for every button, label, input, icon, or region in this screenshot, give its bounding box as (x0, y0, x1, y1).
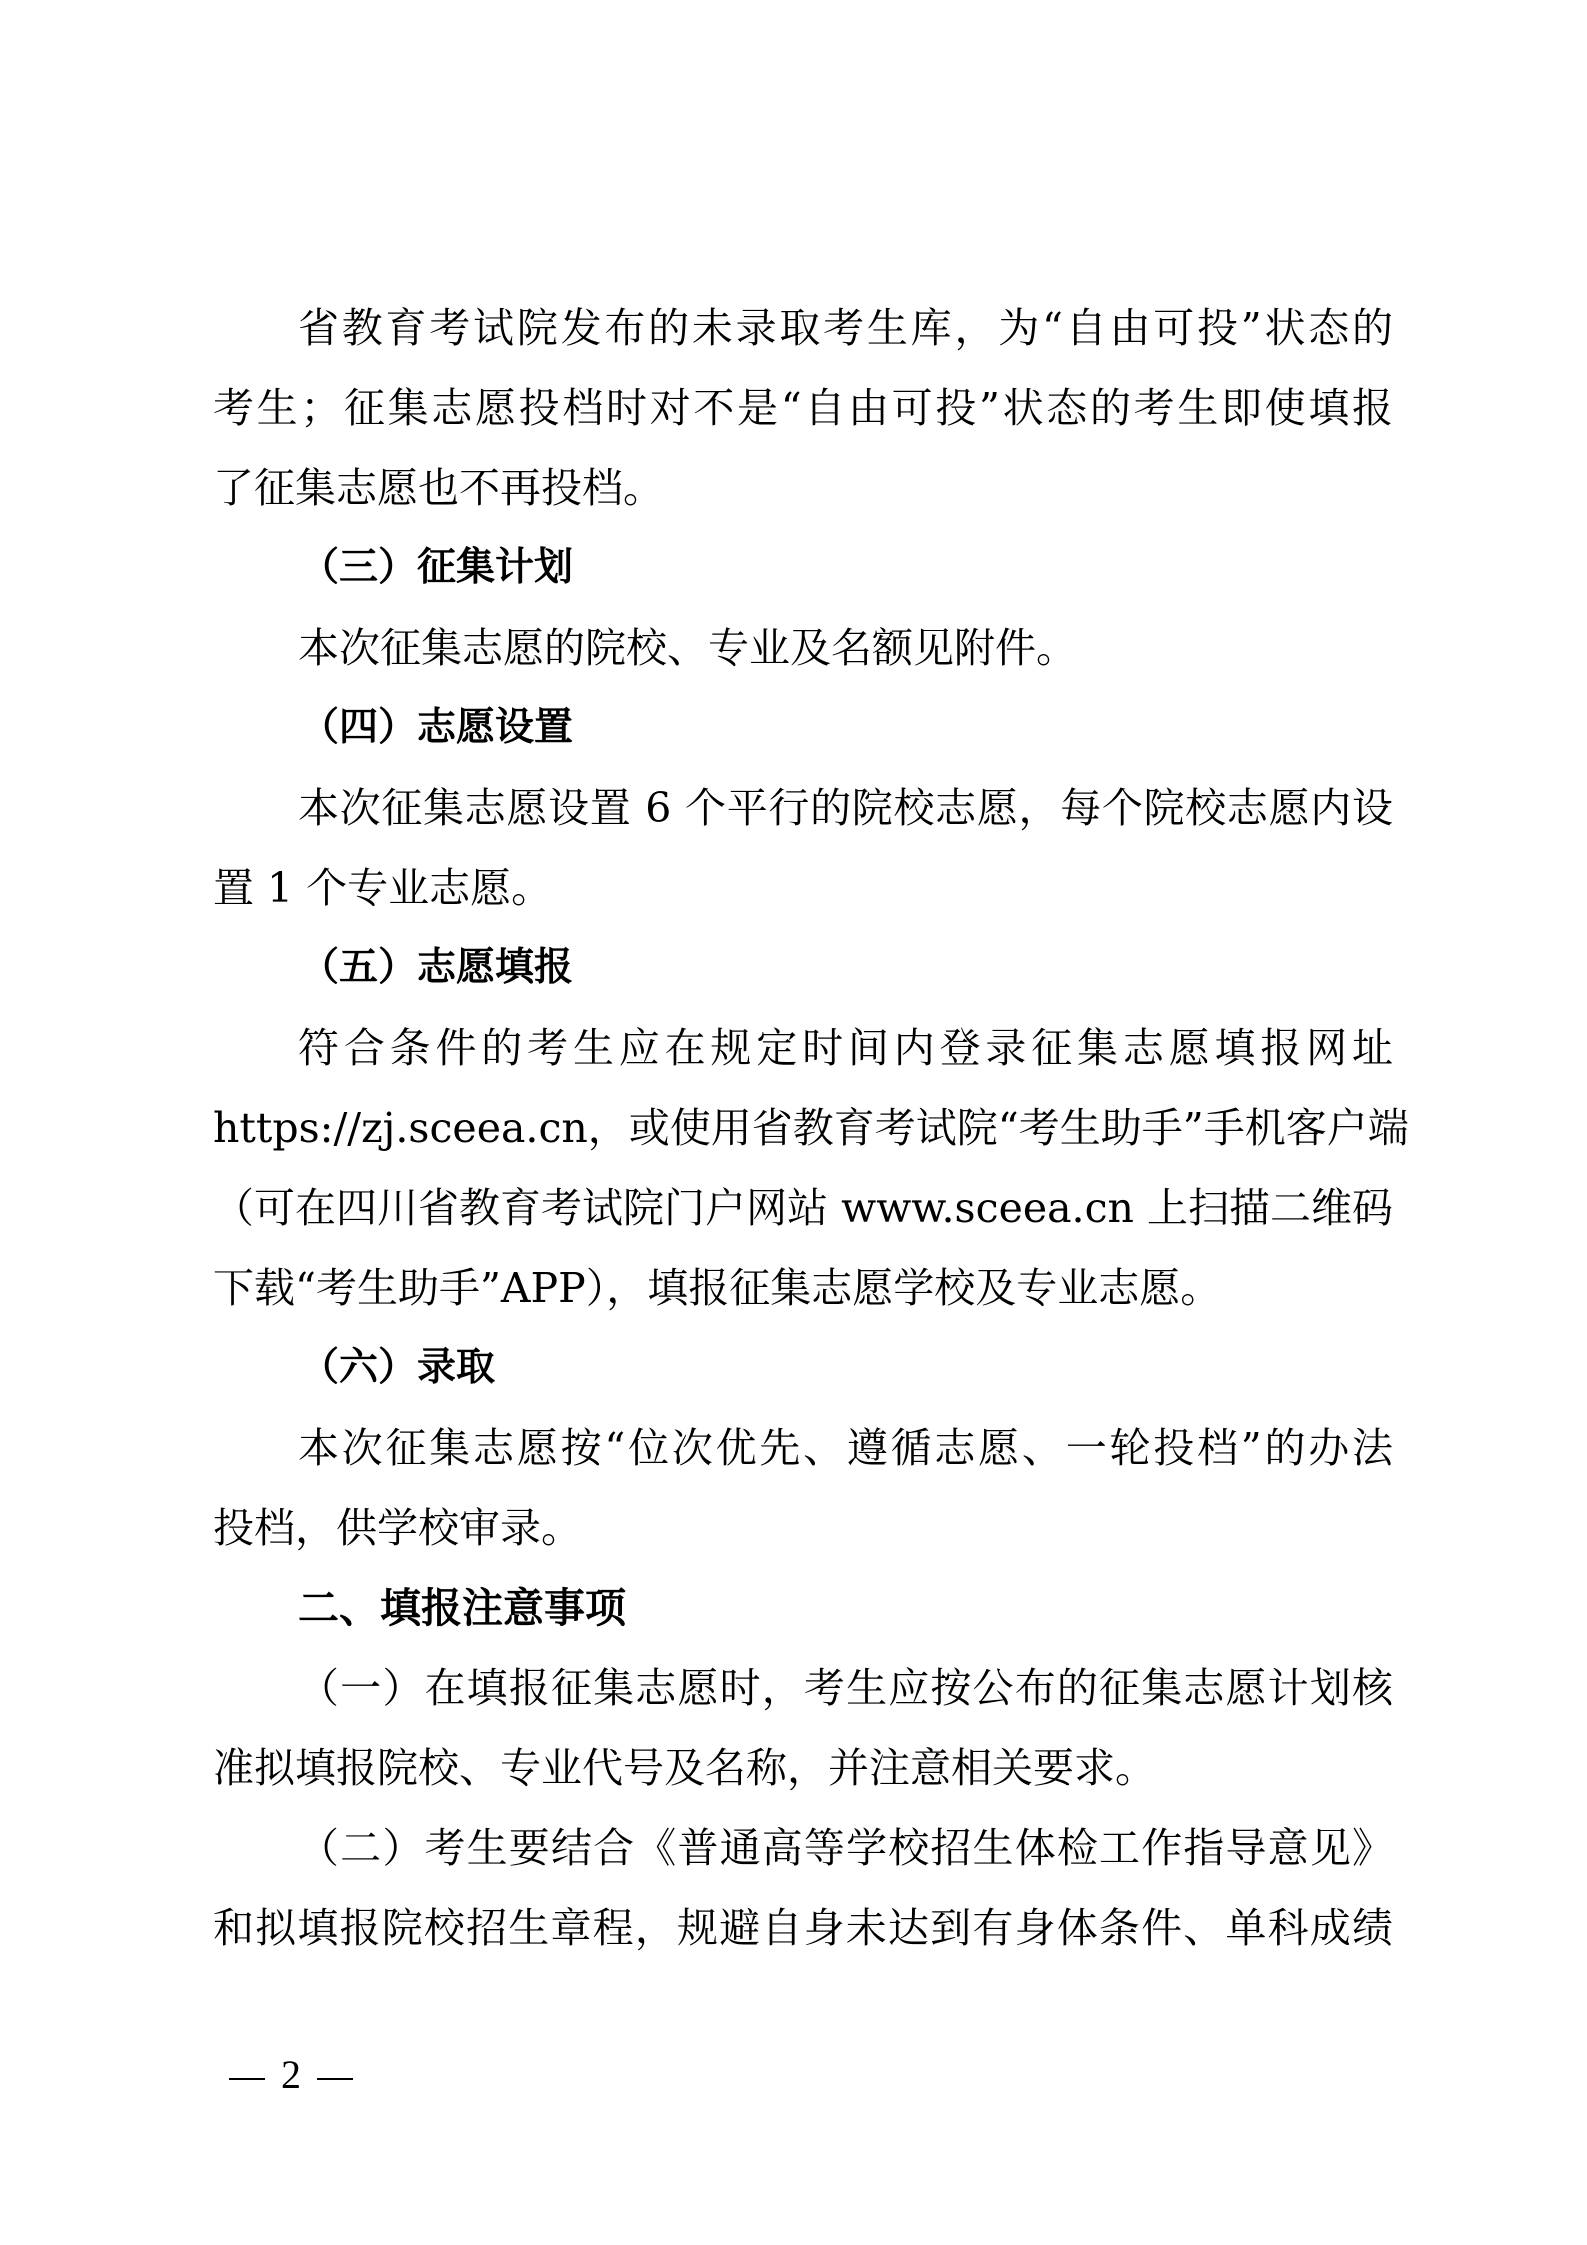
paragraph-line: 本次征集志愿按“位次优先、遵循志愿、一轮投档”的办法 (298, 1418, 1393, 1478)
paragraph-line: （二）考生要结合《普通高等学校招生体检工作指导意见》 (298, 1818, 1393, 1878)
paragraph-line: 本次征集志愿设置 6 个平行的院校志愿，每个院校志愿内设 (298, 778, 1393, 838)
paragraph-line: 置 1 个专业志愿。 (213, 858, 1393, 918)
paragraph-line: 本次征集志愿的院校、专业及名额见附件。 (298, 618, 1393, 678)
paragraph-line: 下载“考生助手”APP），填报征集志愿学校及专业志愿。 (213, 1258, 1393, 1318)
paragraph-line: （一）在填报征集志愿时，考生应按公布的征集志愿计划核 (298, 1658, 1393, 1718)
subsection-heading-plan: （三）征集计划 (300, 538, 1480, 598)
page-number-footer: 2 (213, 2045, 369, 2105)
subsection-heading-settings: （四）志愿设置 (300, 698, 1480, 758)
paragraph-line: 投档，供学校审录。 (213, 1498, 1393, 1558)
paragraph-line: 省教育考试院发布的未录取考生库，为“自由可投”状态的 (298, 298, 1393, 358)
paragraph-line: 了征集志愿也不再投档。 (213, 458, 1393, 518)
dash-left (229, 2078, 265, 2080)
paragraph-line-with-link: https://zj.sceea.cn，或使用省教育考试院“考生助手”手机客户端 (213, 1098, 1393, 1158)
section-heading-notes: 二、填报注意事项 (298, 1578, 1478, 1638)
paragraph-line: 准拟填报院校、专业代号及名称，并注意相关要求。 (213, 1738, 1393, 1798)
document-page: 省教育考试院发布的未录取考生库，为“自由可投”状态的 考生；征集志愿投档时对不是… (0, 0, 1587, 2245)
page-number: 2 (281, 2052, 301, 2097)
dash-right (317, 2078, 353, 2080)
paragraph-line: 符合条件的考生应在规定时间内登录征集志愿填报网址 (298, 1018, 1393, 1078)
paragraph-line: 考生；征集志愿投档时对不是“自由可投”状态的考生即使填报 (213, 378, 1393, 438)
subsection-heading-filling: （五）志愿填报 (300, 938, 1480, 998)
subsection-heading-admission: （六）录取 (300, 1338, 1480, 1398)
paragraph-line-with-link: （可在四川省教育考试院门户网站 www.sceea.cn 上扫描二维码 (213, 1178, 1393, 1238)
paragraph-line: 和拟填报院校招生章程，规避自身未达到有身体条件、单科成绩 (213, 1898, 1393, 1958)
